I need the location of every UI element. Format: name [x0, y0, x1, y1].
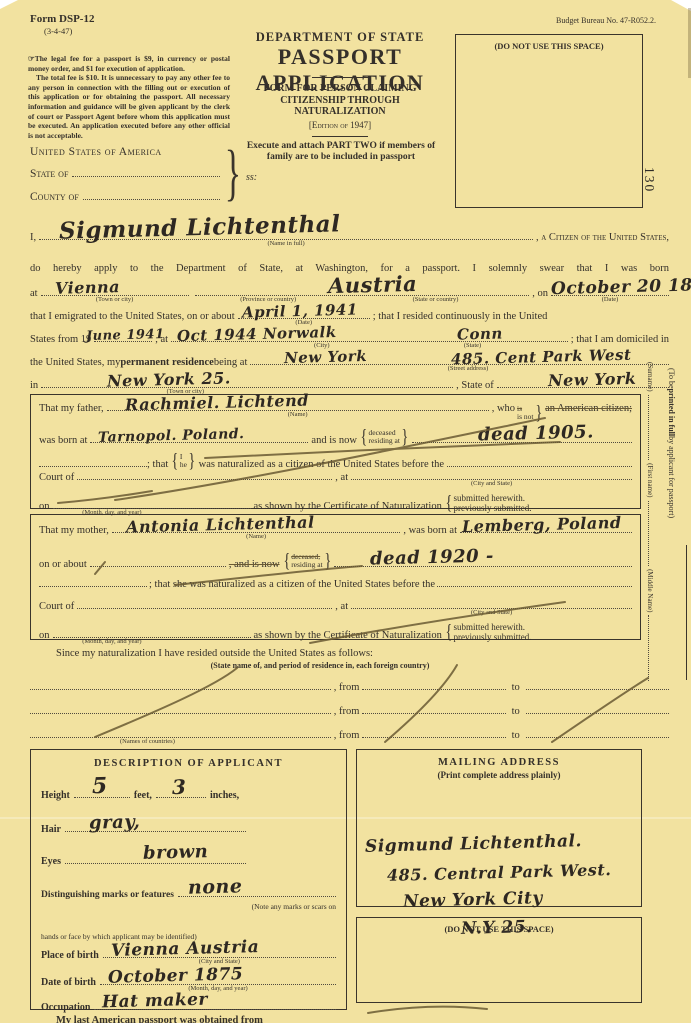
budget-bureau-number: Budget Bureau No. 47-R052.2.	[470, 16, 656, 25]
mother-court-blank	[77, 607, 332, 609]
brace-glyph: {	[445, 622, 452, 642]
father-name-handwriting: Rachmiel. Lichtend	[124, 391, 308, 415]
form-claim-heading: FORM FOR PERSON CLAIMING CITIZENSHIP THR…	[230, 83, 450, 118]
marks-label: Distinguishing marks or features	[41, 890, 174, 900]
state-caption: (State or country)	[413, 296, 459, 303]
father-court-label: Court of	[39, 472, 74, 483]
i-label: I,	[30, 232, 36, 243]
birth-country-handwriting: Austria	[328, 271, 418, 298]
brace-glyph: }	[188, 451, 195, 471]
from-label-1: , from	[334, 682, 360, 693]
file-number-stamp: 130	[641, 167, 657, 193]
mother-submitted2: previously submitted.	[453, 632, 531, 642]
margin-name-rules: (Surname) (First name) (Middle Name)	[646, 362, 656, 684]
mailing-line-3-handwriting: New York City	[403, 888, 543, 912]
country-blank-3	[30, 736, 331, 738]
occupation-label: Occupation	[41, 1002, 90, 1013]
town-blank: New York 25. (Town or city)	[41, 386, 453, 388]
jurat-ss: ss:	[246, 172, 257, 183]
claim-line-2: CITIZENSHIP THROUGH	[230, 95, 450, 107]
date-caption: (Date)	[602, 296, 619, 303]
father-is-isnot-choice: is is not }	[517, 403, 543, 423]
mother-section-box: That my mother, Antonia Lichtenthal (Nam…	[30, 514, 641, 640]
first-name-rule	[648, 501, 656, 567]
residence-city-handwriting: Oct 1944 Norwalk	[177, 323, 337, 345]
execute-line-2: family are to be included in passport	[235, 152, 447, 163]
father-that-label: ; that	[147, 459, 168, 470]
father-i-he-choice: { I he }	[170, 451, 196, 471]
mother-intro: That my mother,	[39, 525, 109, 536]
mailing-line-2-handwriting: 485. Central Park West.	[387, 860, 612, 885]
name-blank: Sigmund Lichtenthal (Name in full)	[39, 238, 533, 240]
date-of-birth-blank: October 1875 (Month, day, and year)	[100, 983, 336, 985]
mother-court-name-blank	[437, 585, 632, 587]
jurat-state-blank	[72, 175, 220, 177]
mother-mdy-caption: (Month, day, and year)	[82, 638, 141, 645]
last-passport-line: My last American passport was obtained f…	[56, 1015, 263, 1023]
surname-rule	[648, 395, 656, 461]
divider	[312, 136, 368, 137]
scan-corner-top-left	[0, 0, 18, 9]
mother-born-label: , was born at	[403, 525, 457, 536]
permanent-pre: the United States, my	[30, 357, 120, 368]
margin-note-pre: (To be	[667, 368, 676, 389]
brace-glyph: }	[401, 427, 408, 447]
mother-name-handwriting: Antonia Lichtenthal	[126, 513, 315, 537]
department-heading: DEPARTMENT OF STATE	[205, 30, 475, 45]
state2-caption: (State)	[464, 342, 481, 349]
father-submitted2: previously submitted.	[453, 503, 531, 513]
height-label: Height	[41, 790, 70, 801]
to-blank-3	[526, 736, 669, 738]
mailing-address-box: MAILING ADDRESS (Print complete address …	[356, 749, 642, 907]
height-feet-blank: 5	[74, 796, 130, 798]
father-blank	[39, 465, 147, 467]
father-birthplace-handwriting: Tarnopol. Poland.	[98, 426, 245, 446]
jurat-county-label: County of	[30, 191, 79, 203]
state-of-label: , State of	[456, 380, 494, 391]
hair-handwriting: gray,	[89, 811, 141, 833]
jurat-brace: }	[225, 138, 241, 209]
from-blank-1	[362, 688, 505, 690]
occupation-handwriting: Hat maker	[102, 990, 208, 1013]
form-revision: (3-4-47)	[44, 26, 72, 36]
mother-birthplace-handwriting: Lemberg, Poland	[462, 513, 622, 536]
father-status-handwriting: dead 1905.	[477, 421, 593, 445]
permanent-post: being at	[214, 357, 248, 368]
brace-glyph: {	[172, 451, 179, 471]
eyes-label: Eyes	[41, 856, 61, 867]
middle-name-caption: (Middle Name)	[646, 569, 654, 612]
birth-date-handwriting: October 20 1876	[551, 275, 691, 299]
mother-city-blank: (City and State)	[351, 607, 632, 609]
birth-country-blank: Austria (Province or country) (State or …	[195, 294, 530, 296]
marks-note-1: (Note any marks or scars on	[252, 902, 336, 911]
father-he-option: he	[180, 461, 187, 469]
father-status-blank: dead 1905.	[412, 441, 632, 443]
permanent-address-blank: New York 485. Cent Park West (Street add…	[250, 363, 669, 365]
father-now-label: and is now	[311, 435, 357, 446]
father-who-label: , who	[492, 403, 515, 414]
margin-print-note: (To be printed in full by applicant for …	[667, 368, 676, 668]
mother-city-state-caption: (City and State)	[471, 609, 512, 616]
father-name-caption: (Name)	[288, 411, 308, 418]
mailing-subtitle: (Print complete address plainly)	[357, 770, 641, 780]
father-citizen-text: an American citizen;	[545, 403, 632, 414]
brace-glyph: {	[360, 427, 367, 447]
emigrated-label: that I emigrated to the United States, o…	[30, 311, 235, 322]
form-number: Form DSP-12	[30, 13, 94, 25]
father-naturalized-text: was naturalized as a citizen of the Unit…	[199, 459, 444, 470]
jurat-state-label: State of	[30, 168, 68, 180]
father-on-label: on	[39, 501, 50, 512]
brace-glyph: {	[283, 551, 290, 571]
birth-date-blank: October 20 1876 (Date)	[551, 294, 669, 296]
father-intro: That my father,	[39, 403, 104, 414]
mother-birthplace-blank: Lemberg, Poland	[460, 531, 632, 533]
divider	[312, 77, 368, 78]
mother-on-label: on	[39, 630, 50, 641]
permanent-bold: permanent residence	[120, 357, 213, 368]
from-label-3: , from	[334, 730, 360, 741]
country-blank-1	[30, 688, 331, 690]
mother-residing-option: residing at	[291, 561, 322, 569]
mother-submitted-choice: { submitted herewith. previously submitt…	[444, 622, 532, 642]
passport-application-scan: Form DSP-12 (3-4-47) ☞The legal fee for …	[0, 0, 691, 1023]
margin-note-post: by applicant for passport)	[667, 436, 676, 518]
to-label-3: to	[512, 730, 520, 741]
father-submitted1: submitted herewith.	[453, 493, 531, 503]
father-isnot-option: is not	[517, 413, 533, 421]
father-court-name-blank	[447, 465, 632, 467]
brace-glyph: }	[324, 551, 331, 571]
do-not-use-box-top: (DO NOT USE THIS SPACE)	[455, 34, 643, 208]
height-inches-blank: 3	[156, 796, 206, 798]
from-date-handwriting: June 1941	[86, 327, 165, 344]
do-not-use-label: (DO NOT USE THIS SPACE)	[456, 41, 642, 51]
mother-date2-blank: (Month, day, and year)	[53, 636, 251, 638]
father-shown-label: as shown by the Certificate of Naturaliz…	[254, 501, 442, 512]
jurat-county-blank	[83, 198, 220, 200]
hair-label: Hair	[41, 824, 61, 835]
execute-note: Execute and attach PART TWO if members o…	[235, 141, 447, 163]
mother-date-blank	[90, 565, 226, 567]
states-from-label: States from 19	[30, 334, 91, 345]
brace-glyph: {	[445, 493, 452, 513]
birth-city-handwriting: Vienna	[54, 277, 120, 298]
father-city-blank: (City and State)	[351, 478, 632, 480]
brace-glyph: }	[535, 403, 542, 423]
state-blank: New York	[497, 386, 669, 388]
father-submitted-choice: { submitted herewith. previously submitt…	[444, 493, 532, 513]
mother-at-label: , at	[335, 601, 348, 612]
middle-name-rule	[648, 615, 656, 681]
outside-residence-intro: Since my naturalization I have resided o…	[56, 648, 373, 659]
father-name-blank: Rachmiel. Lichtend (Name)	[107, 409, 489, 411]
mother-name-blank: Antonia Lichtenthal (Name)	[112, 531, 400, 533]
do-not-use-box-bottom: (DO NOT USE THIS SPACE)	[356, 917, 642, 1003]
names-of-countries-caption: (Names of countries)	[120, 738, 175, 745]
claim-line-1: FORM FOR PERSON CLAIMING	[230, 83, 450, 95]
mother-shown-label: as shown by the Certificate of Naturaliz…	[254, 630, 442, 641]
jurat-country: United States of America	[30, 146, 162, 158]
execute-line-1: Execute and attach PART TWO if members o…	[235, 141, 447, 152]
marks-handwriting: none	[188, 875, 243, 898]
permanent-city-handwriting: New York	[284, 347, 368, 367]
do-not-use-label-bottom: (DO NOT USE THIS SPACE)	[357, 924, 641, 934]
father-birthplace-blank: Tarnopol. Poland.	[90, 441, 308, 443]
to-label-2: to	[512, 706, 520, 717]
place-of-birth-label: Place of birth	[41, 950, 99, 961]
marks-blank: none	[178, 895, 336, 897]
inches-label: inches,	[210, 790, 239, 801]
surname-caption: (Surname)	[646, 362, 654, 392]
margin-solid-rule	[686, 545, 687, 680]
mother-naturalized-text: ; that she was naturalized as a citizen …	[149, 579, 435, 590]
birth-city-blank: Vienna (Town or city)	[41, 294, 189, 296]
claim-line-3: NATURALIZATION	[230, 106, 450, 118]
from-date-blank: June 1941	[94, 340, 152, 342]
father-court-blank	[77, 478, 332, 480]
mother-now-label: , and is now	[229, 559, 280, 570]
mother-status-handwriting: dead 1920 -	[370, 545, 494, 569]
to-blank-2	[526, 712, 669, 714]
town-caption: (Town or city)	[96, 296, 133, 303]
permanent-state-handwriting: New York	[548, 369, 637, 390]
in-label: in	[30, 380, 38, 391]
street-caption: (Street address)	[448, 365, 489, 372]
mother-onabout-label: on or about	[39, 559, 87, 570]
eyes-blank: brown	[65, 862, 246, 864]
father-born-label: was born at	[39, 435, 87, 446]
emigration-date-blank: April 1, 1941 (Date)	[238, 317, 370, 319]
first-name-caption: (First name)	[646, 463, 654, 497]
eyes-handwriting: brown	[143, 841, 209, 864]
mother-status-blank: dead 1920 -	[334, 565, 632, 567]
on-label: , on	[532, 288, 548, 299]
citizen-tail: , a Citizen of the United States,	[536, 232, 669, 243]
hair-blank: gray,	[65, 830, 246, 832]
feet-label: feet,	[134, 790, 152, 801]
father-city-state-caption: (City and State)	[471, 480, 512, 487]
father-status-choice: { deceased residing at }	[359, 427, 410, 447]
mother-blank	[39, 585, 147, 587]
father-section-box: That my father, Rachmiel. Lichtend (Name…	[30, 394, 641, 509]
mailing-line-1-handwriting: Sigmund Lichtenthal.	[365, 831, 582, 857]
height-feet-handwriting: 5	[92, 773, 108, 799]
occupation-blank: Hat maker	[94, 1008, 336, 1010]
mother-status-choice: { deceased, residing at }	[282, 551, 333, 571]
father-residing-option: residing at	[369, 437, 400, 445]
country-blank-2	[30, 712, 331, 714]
description-box: DESCRIPTION OF APPLICANT Height 5 feet, …	[30, 749, 347, 1010]
from-blank-3	[362, 736, 505, 738]
mother-court-label: Court of	[39, 601, 74, 612]
father-date-blank: (Month, day, and year)	[53, 507, 251, 509]
from-label-2: , from	[334, 706, 360, 717]
residence-state-handwriting: Conn	[456, 324, 502, 343]
outside-residence-caption: (State name of, and period of residence …	[120, 661, 520, 670]
to-label-1: to	[512, 682, 520, 693]
place-of-birth-blank: Vienna Austria (City and State)	[103, 956, 336, 958]
father-at-label: , at	[335, 472, 348, 483]
description-title: DESCRIPTION OF APPLICANT	[31, 758, 346, 769]
date-of-birth-label: Date of birth	[41, 977, 96, 988]
domiciled-tail: ; that I am domiciled in	[571, 334, 669, 345]
from-blank-2	[362, 712, 505, 714]
mailing-title: MAILING ADDRESS	[357, 757, 641, 768]
name-caption: (Name in full)	[267, 240, 304, 247]
to-blank-1	[526, 688, 669, 690]
resided-tail: ; that I resided continuously in the Uni…	[373, 311, 548, 322]
residence-blank: Oct 1944 Norwalk Conn (City) (State)	[171, 340, 568, 342]
mother-submitted1: submitted herewith.	[453, 622, 531, 632]
mother-name-caption: (Name)	[246, 533, 266, 540]
height-inches-handwriting: 3	[172, 775, 187, 799]
margin-note-bold: printed in full	[667, 389, 676, 437]
edition-note: [Edition of 1947]	[250, 120, 430, 130]
at-label: at	[30, 288, 38, 299]
